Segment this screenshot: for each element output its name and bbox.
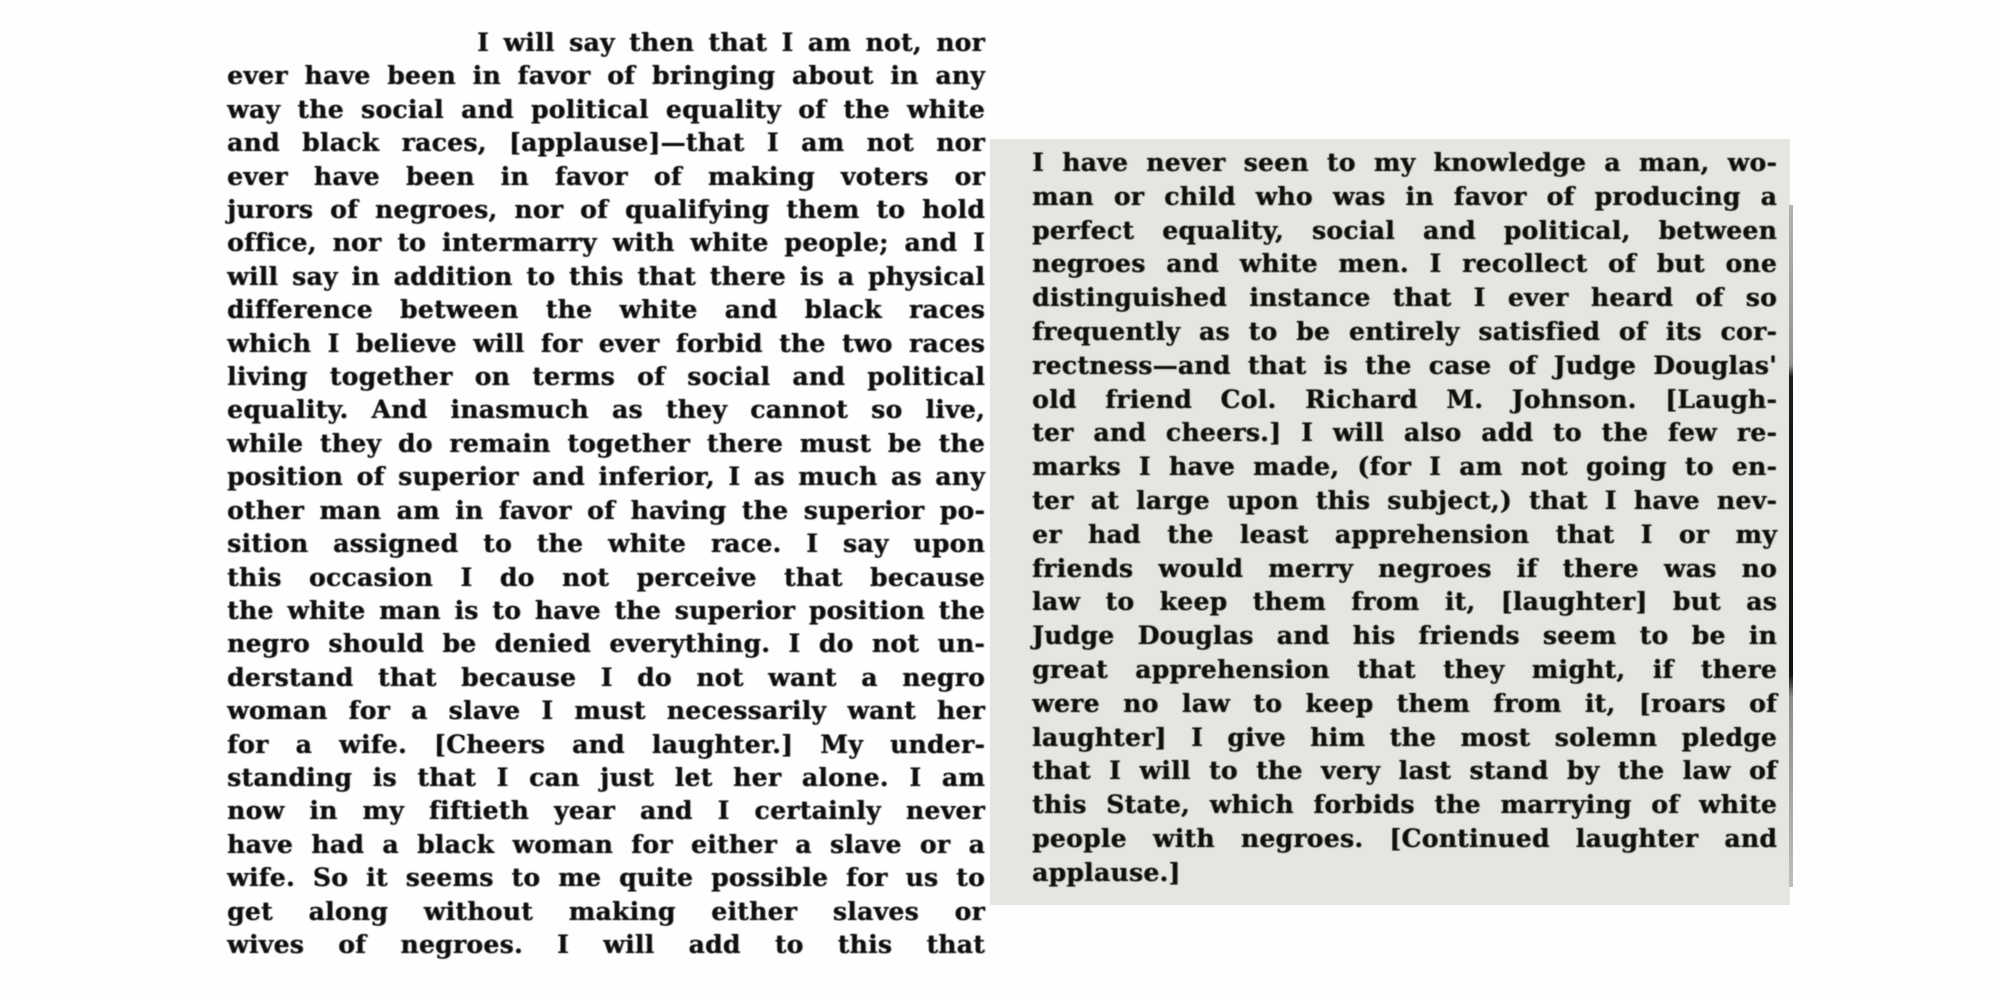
text-line: which I believe will for ever forbid the… [227,327,985,360]
text-line: derstand that because I do not want a ne… [227,661,985,694]
text-line: have had a black woman for either a slav… [227,828,985,861]
text-line: ever have been in favor of bringing abou… [227,59,985,92]
text-line: applause.] [1032,856,1777,890]
text-line: laughter] I give him the most solemn ple… [1032,721,1777,755]
text-line: living together on terms of social and p… [227,360,985,393]
right-column: I have never seen to my knowledge a man,… [1032,146,1777,890]
text-line: man or child who was in favor of produci… [1032,180,1777,214]
text-line: I have never seen to my knowledge a man,… [1032,146,1777,180]
text-line: this occasion I do not perceive that bec… [227,561,985,594]
text-line: old friend Col. Richard M. Johnson. [Lau… [1032,383,1777,417]
text-line: rectness—and that is the case of Judge D… [1032,349,1777,383]
text-line: I will say then that I am not, nor [227,26,985,59]
text-line: and black races, [applause]—that I am no… [227,126,985,159]
text-line: equality. And inasmuch as they cannot so… [227,393,985,426]
text-line: wives of negroes. I will add to this tha… [227,928,985,961]
text-line: great apprehension that they might, if t… [1032,653,1777,687]
text-line: er had the least apprehension that I or … [1032,518,1777,552]
text-line: marks I have made, (for I am not going t… [1032,450,1777,484]
text-line: sition assigned to the white race. I say… [227,527,985,560]
text-line: office, nor to intermarry with white peo… [227,226,985,259]
text-line: position of superior and inferior, I as … [227,460,985,493]
text-line: Judge Douglas and his friends seem to be… [1032,619,1777,653]
text-line: people with negroes. [Continued laughter… [1032,822,1777,856]
text-line: woman for a slave I must necessarily wan… [227,694,985,727]
text-line: ever have been in favor of making voters… [227,160,985,193]
text-line: get along without making either slaves o… [227,895,985,928]
left-column: I will say then that I am not, norever h… [227,26,985,961]
text-line: the white man is to have the superior po… [227,594,985,627]
text-line: jurors of negroes, nor of qualifying the… [227,193,985,226]
text-line: difference between the white and black r… [227,293,985,326]
text-line: negro should be denied everything. I do … [227,627,985,660]
text-line: perfect equality, social and political, … [1032,214,1777,248]
text-line: distinguished instance that I ever heard… [1032,281,1777,315]
text-line: negroes and white men. I recollect of bu… [1032,247,1777,281]
text-line: now in my fiftieth year and I certainly … [227,794,985,827]
text-line: standing is that I can just let her alon… [227,761,985,794]
text-line: that I will to the very last stand by th… [1032,754,1777,788]
text-line: while they do remain together there must… [227,427,985,460]
newspaper-scan-page: I will say then that I am not, norever h… [0,0,2000,1000]
text-line: for a wife. [Cheers and laughter.] My un… [227,728,985,761]
text-line: this State, which forbids the marrying o… [1032,788,1777,822]
column-rule [1789,205,1793,887]
text-line: other man am in favor of having the supe… [227,494,985,527]
text-line: wife. So it seems to me quite possible f… [227,861,985,894]
text-line: frequently as to be entirely satisfied o… [1032,315,1777,349]
text-line: were no law to keep them from it, [roars… [1032,687,1777,721]
text-line: law to keep them from it, [laughter] but… [1032,585,1777,619]
text-line: way the social and political equality of… [227,93,985,126]
text-line: friends would merry negroes if there was… [1032,552,1777,586]
text-line: will say in addition to this that there … [227,260,985,293]
text-line: ter at large upon this subject,) that I … [1032,484,1777,518]
text-line: ter and cheers.] I will also add to the … [1032,416,1777,450]
